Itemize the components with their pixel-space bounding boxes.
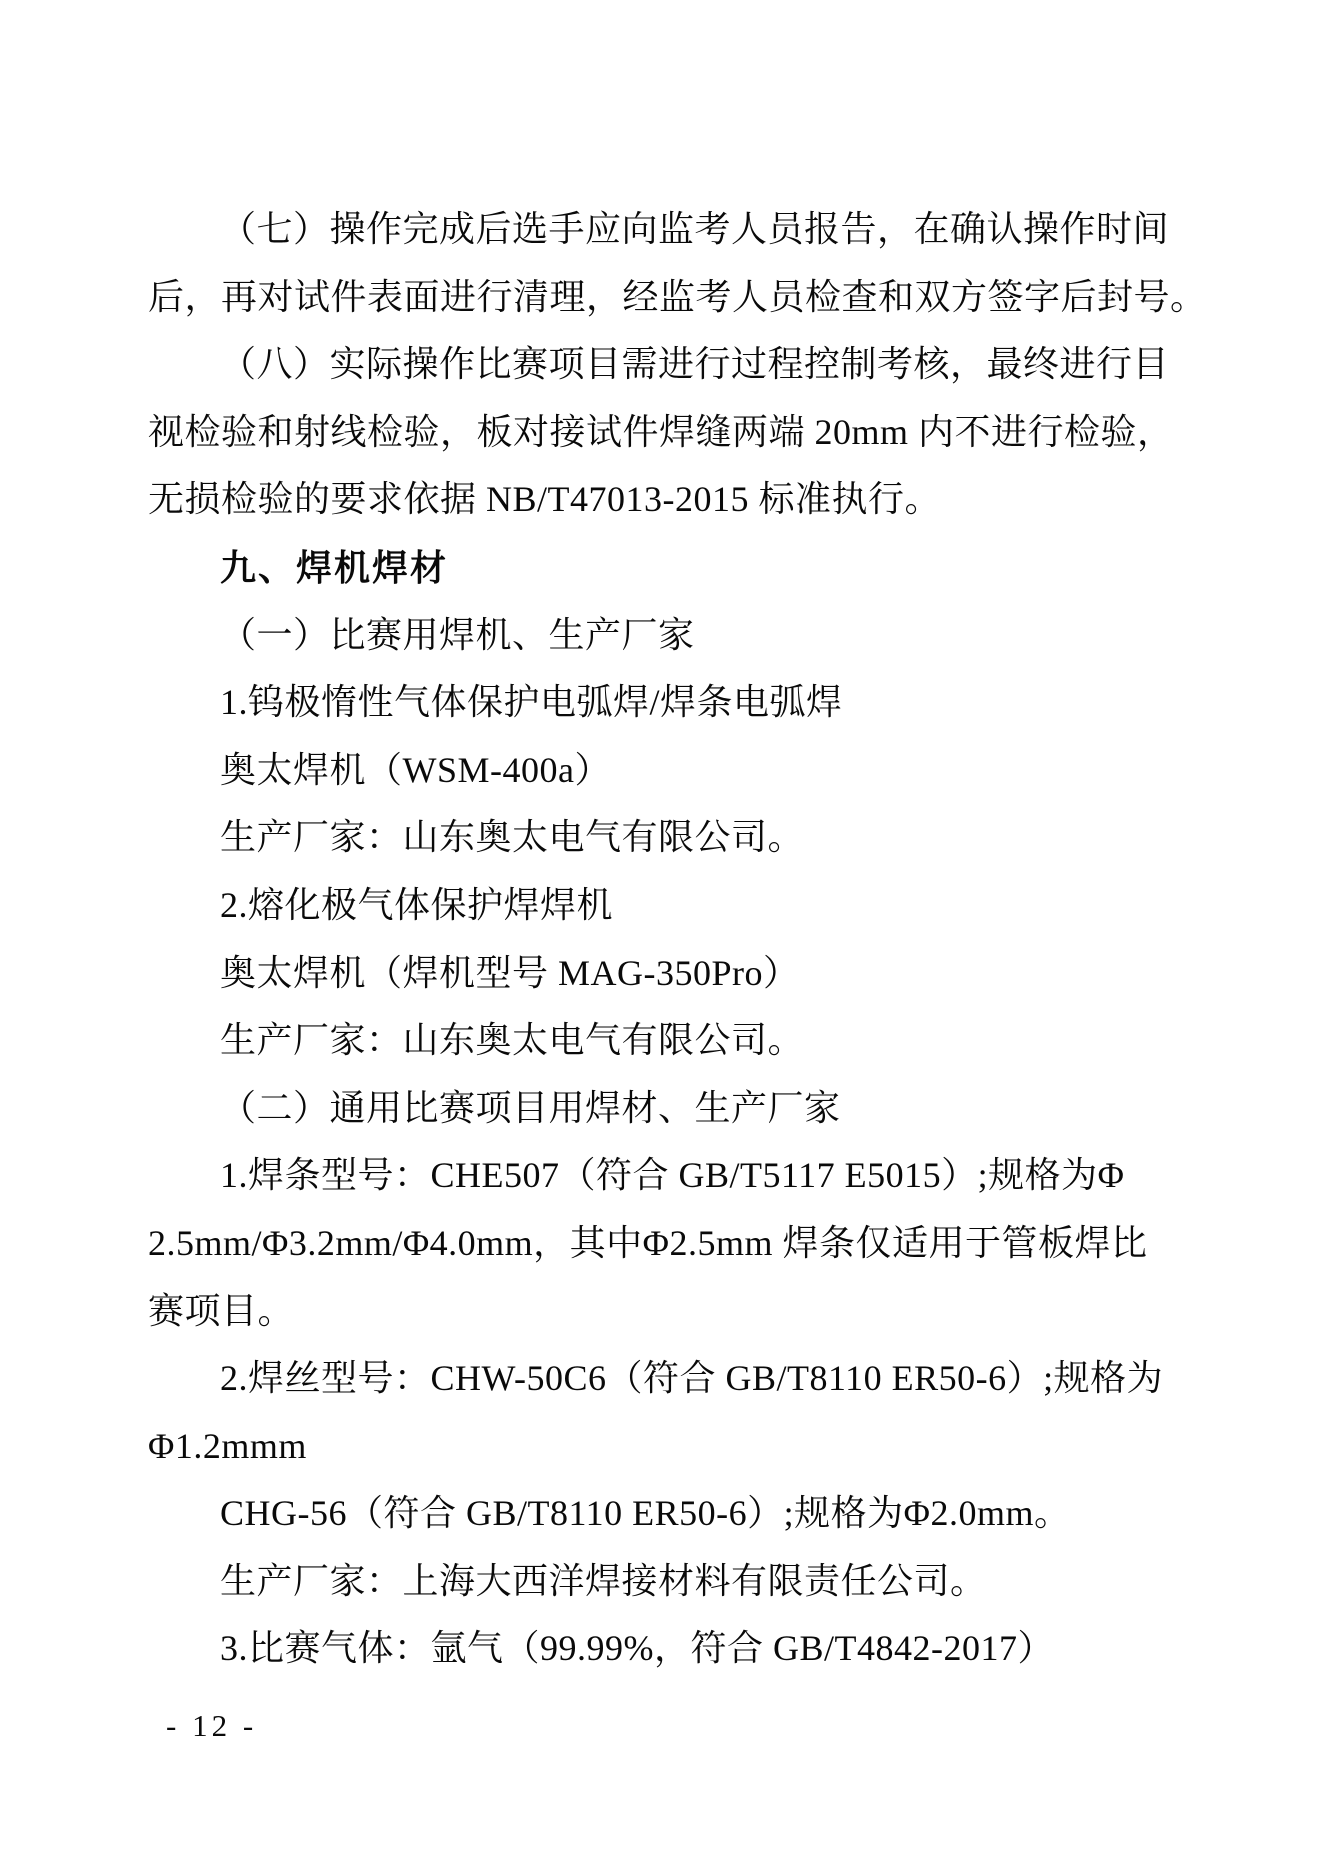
text-line: （七）操作完成后选手应向监考人员报告，在确认操作时间: [148, 196, 1164, 264]
text-line: （二）通用比赛项目用焊材、生产厂家: [148, 1075, 1164, 1143]
document-page: （七）操作完成后选手应向监考人员报告，在确认操作时间后，再对试件表面进行清理，经…: [0, 0, 1323, 1871]
text-line: Φ1.2mmm: [148, 1413, 1164, 1481]
section-heading: 九、焊机焊材: [148, 534, 1164, 602]
text-line: 奥太焊机（焊机型号 MAG-350Pro）: [148, 940, 1164, 1008]
page-number: - 12 -: [166, 1708, 257, 1744]
text-line: 赛项目。: [148, 1278, 1164, 1346]
text-line: 后，再对试件表面进行清理，经监考人员检查和双方签字后封号。: [148, 264, 1164, 332]
text-line: 2.焊丝型号：CHW-50C6（符合 GB/T8110 ER50-6）;规格为: [148, 1345, 1164, 1413]
text-line: （一）比赛用焊机、生产厂家: [148, 602, 1164, 670]
text-line: 奥太焊机（WSM-400a）: [148, 737, 1164, 805]
text-line: CHG-56（符合 GB/T8110 ER50-6）;规格为Φ2.0mm。: [148, 1480, 1164, 1548]
document-body: （七）操作完成后选手应向监考人员报告，在确认操作时间后，再对试件表面进行清理，经…: [148, 196, 1164, 1683]
text-line: 1.焊条型号：CHE507（符合 GB/T5117 E5015）;规格为Φ: [148, 1142, 1164, 1210]
text-line: 无损检验的要求依据 NB/T47013-2015 标准执行。: [148, 466, 1164, 534]
text-line: （八）实际操作比赛项目需进行过程控制考核，最终进行目: [148, 331, 1164, 399]
text-line: 生产厂家：山东奥太电气有限公司。: [148, 1007, 1164, 1075]
text-line: 视检验和射线检验，板对接试件焊缝两端 20mm 内不进行检验，: [148, 399, 1164, 467]
text-line: 2.熔化极气体保护焊焊机: [148, 872, 1164, 940]
text-line: 1.钨极惰性气体保护电弧焊/焊条电弧焊: [148, 669, 1164, 737]
text-line: 3.比赛气体：氩气（99.99%，符合 GB/T4842-2017）: [148, 1615, 1164, 1683]
text-line: 生产厂家：上海大西洋焊接材料有限责任公司。: [148, 1548, 1164, 1616]
text-line: 生产厂家：山东奥太电气有限公司。: [148, 804, 1164, 872]
text-line: 2.5mm/Φ3.2mm/Φ4.0mm，其中Φ2.5mm 焊条仅适用于管板焊比: [148, 1210, 1164, 1278]
